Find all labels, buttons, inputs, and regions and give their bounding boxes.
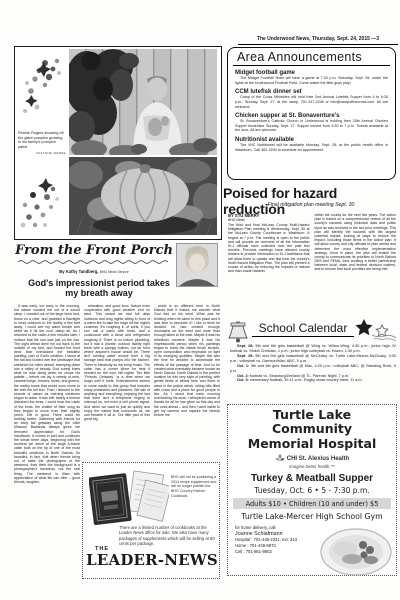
announcement-body: Camp of the Cross Ministries will hold t… xyxy=(235,95,388,109)
cookbook-note: BHG will not be publishing a 2014 recipe… xyxy=(171,475,217,498)
cookbooks-image xyxy=(89,467,169,529)
cookbook-ad: BHG will not be publishing a 2014 recipe… xyxy=(82,462,220,579)
column-title: From the Front Porch xyxy=(14,243,174,258)
announcement-body: St. Bonaventure's Catholic Church in Und… xyxy=(235,119,388,133)
cookbook-body: There are a limited number of cookbooks … xyxy=(119,525,215,547)
announcement-body: The Midget Football Team will have a gam… xyxy=(235,76,388,85)
area-announcements-box: Area Announcements Midget football game … xyxy=(227,47,396,180)
event-datetime: Tuesday, Oct. 6 • 5 - 7:30 p.m. xyxy=(231,486,393,495)
announcement-item: Midget football game The Midget Football… xyxy=(228,70,395,86)
announcement-heading: Midget football game xyxy=(235,70,388,76)
wavy-divider xyxy=(18,259,170,265)
hospital-supper-ad: Turtle Lake Community Memorial Hospital … xyxy=(227,404,397,576)
column-body-col1: It was early, too early in the morning, … xyxy=(14,304,80,578)
announcement-item: CCM lutefisk dinner set Camp of the Cros… xyxy=(228,89,395,109)
column-byline: By Kathy Tandberg, BHG News Service xyxy=(14,269,174,274)
flower-decoration-icon xyxy=(17,175,67,233)
contact-phone-cell: Cell : 701-861-9802 xyxy=(235,549,319,555)
announcement-heading: Chicken supper at St. Bonaventure's xyxy=(235,113,388,119)
announcement-item: Chicken supper at St. Bonaventure's St. … xyxy=(228,113,395,133)
hospital-ad-bottom: for home delivery, call Joanne Schlafman… xyxy=(231,525,393,577)
giant-pumpkin-photo xyxy=(69,157,217,235)
stars-icon xyxy=(352,317,398,341)
masthead: The Underwood News, Thursday, Sept. 24, … xyxy=(238,36,398,45)
chi-logo-row: CHI St. Alexius Health xyxy=(231,454,393,464)
columnist-headshot xyxy=(176,243,218,287)
announcement-heading: Nutritionist available xyxy=(235,137,388,143)
chi-tagline: Imagine better health.™ xyxy=(231,464,393,469)
photo-caption: Ronnie Rogers showing off the giant pump… xyxy=(18,131,66,156)
announcement-heading: CCM lutefisk dinner set xyxy=(235,89,388,95)
school-calendar-title: School Calendar xyxy=(252,321,354,337)
leader-news-logo: LEADER-NEWS xyxy=(86,551,218,569)
calendar-entry: Oct. 3: elementary football, 10-11 a.m.;… xyxy=(230,378,396,383)
hospital-name: Turtle Lake Community Memorial Hospital xyxy=(231,408,393,451)
calendar-entry: Sept. 29: 5th and 6th girls basketball @… xyxy=(230,354,396,364)
flower-decoration-icon xyxy=(19,53,67,119)
chi-health-logo-icon xyxy=(275,454,285,464)
school-bell-icon xyxy=(227,320,249,343)
chi-health-name: CHI St. Alexius Health xyxy=(287,456,349,462)
event-title: Turkey & Meatball Supper xyxy=(231,473,393,484)
photo-credit: SUZANNE WERRE xyxy=(18,152,66,156)
article-body: BY STU MERRY BHG News The third and fina… xyxy=(228,213,396,317)
calendar-entry: Oct. 1: 5th and 6th girls basketball @ M… xyxy=(230,364,396,374)
article-subhead: Final mitigation plan meeting Sept. 30 xyxy=(228,202,394,208)
pumpkin-grower-photo xyxy=(69,49,217,155)
school-calendar-entries: Sept. 28: 5th and 6th girls basketball @… xyxy=(230,344,396,383)
delivery-contact: for home delivery, call Joanne Schlafman… xyxy=(231,525,319,554)
event-price: Adults $10 • Children (10 and under) $5 xyxy=(233,498,391,509)
calendar-entry: Sept. 28: 5th and 6th girls basketball @… xyxy=(230,344,396,354)
article-body-col2: within the county for the next five year… xyxy=(315,213,397,317)
column-headline: God's impressionist period takes my brea… xyxy=(24,278,174,298)
newspaper-page: The Underwood News, Thursday, Sept. 24, … xyxy=(0,0,400,600)
article-body-col1: BY STU MERRY BHG News The third and fina… xyxy=(228,213,310,317)
event-location: Turtle Lake-Mercer High School Gym xyxy=(231,512,393,521)
food-plate-image xyxy=(319,525,393,577)
article-agency: BHG News xyxy=(228,218,310,222)
area-announcements-title: Area Announcements xyxy=(233,50,390,66)
announcement-body: The WIC Nutritionist will be available M… xyxy=(235,143,388,152)
announcement-item: Nutritionist available The WIC Nutrition… xyxy=(228,137,395,153)
feature-photo-box: Ronnie Rogers showing off the giant pump… xyxy=(14,46,222,240)
